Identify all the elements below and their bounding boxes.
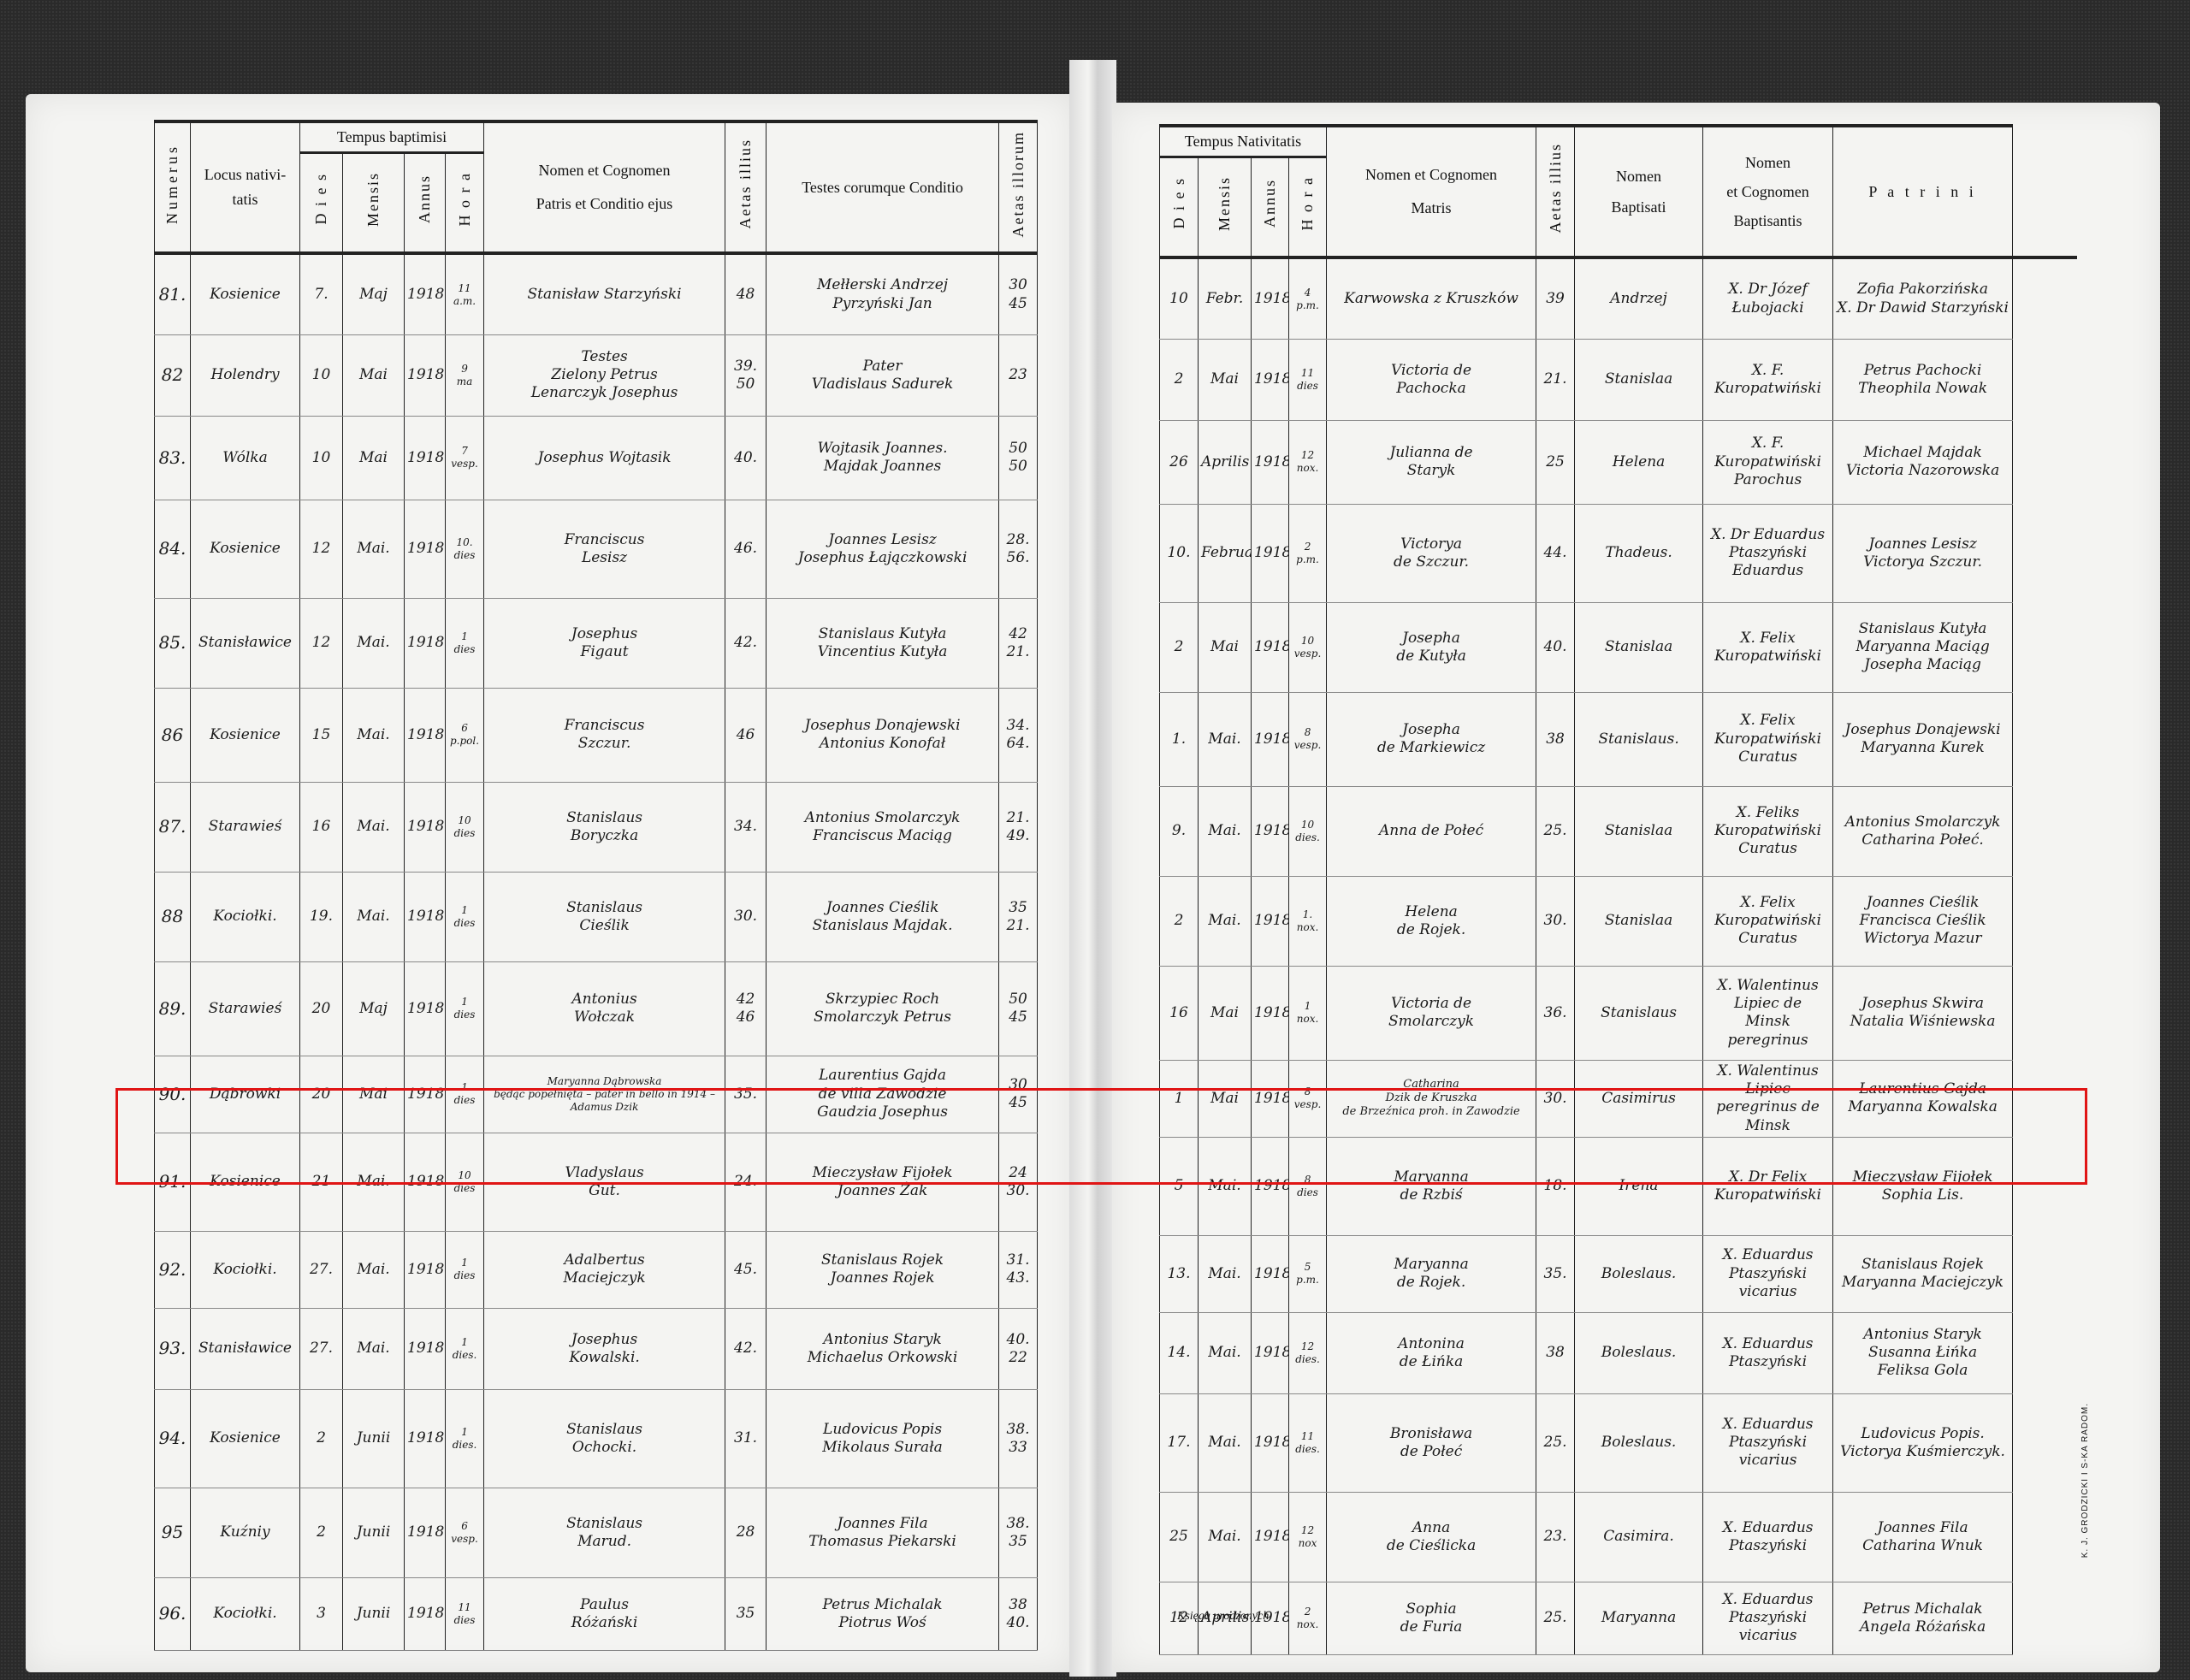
mother-age: 25. — [1536, 786, 1575, 876]
table-row: 89.Starawieś20Maj1918.1 diesAntonius Woł… — [155, 961, 1038, 1056]
baptism-month: Mai — [343, 1056, 405, 1133]
father-name: Stanislaus Cieślik — [484, 872, 725, 961]
birth-hour: 8 vesp. — [1289, 692, 1327, 786]
baptism-year: 1918 — [405, 500, 446, 598]
baptism-hour: 10 dies — [446, 1133, 484, 1231]
baptized-name: Boleslaus. — [1575, 1393, 1703, 1492]
birth-year: 1918 — [1252, 257, 1289, 339]
baptism-day: 7. — [300, 253, 343, 334]
birth-hour: 1. nox. — [1289, 876, 1327, 966]
birth-day: 10. — [1160, 504, 1199, 602]
witnesses: Joannes Lesisz Josephus Łajączkowski — [766, 500, 999, 598]
baptism-day: 3 — [300, 1577, 343, 1650]
baptism-year: 1918 — [405, 872, 446, 961]
witnesses: Stanislaus Rojek Joannes Rojek — [766, 1231, 999, 1308]
witnesses: Antonius Smolarczyk Franciscus Maciąg — [766, 782, 999, 872]
baptism-month: Junii — [343, 1488, 405, 1577]
baptism-day: 2 — [300, 1389, 343, 1488]
birth-hour: 5 p.m. — [1289, 1235, 1327, 1312]
baptizing-priest: X. F. Kuropatwiński — [1703, 339, 1833, 420]
birth-month: Mai. — [1199, 1312, 1252, 1393]
record-number: 89. — [155, 961, 191, 1056]
record-number: 87. — [155, 782, 191, 872]
margin — [2013, 786, 2077, 876]
birth-month: Mai — [1199, 966, 1252, 1060]
father-name: Stanislaus Ochocki. — [484, 1389, 725, 1488]
father-age: 35. — [725, 1056, 766, 1133]
father-age: 42. — [725, 1308, 766, 1389]
table-row: 82Holendry10Mai1918.9 maTestes Zielony P… — [155, 334, 1038, 416]
margin — [2013, 420, 2077, 504]
birthplace: Kosienice — [191, 688, 300, 782]
baptism-year: 1918 — [405, 253, 446, 334]
baptism-day: 27. — [300, 1231, 343, 1308]
witnesses-ages: 23 — [999, 334, 1038, 416]
margin — [2013, 1060, 2077, 1137]
record-number: 91. — [155, 1133, 191, 1231]
birth-month: Februarii — [1199, 504, 1252, 602]
birth-year: 1918 — [1252, 1393, 1289, 1492]
birthplace: Starawieś — [191, 961, 300, 1056]
header-annus: Annus — [1252, 157, 1289, 257]
mother-age: 25. — [1536, 1582, 1575, 1654]
father-age: 31. — [725, 1389, 766, 1488]
birth-month: Aprilis — [1199, 420, 1252, 504]
table-row: 87.Starawieś16Mai.1918.10 diesStanislaus… — [155, 782, 1038, 872]
baptism-day: 12 — [300, 598, 343, 688]
baptizing-priest: X. Felix Kuropatwiński Curatus — [1703, 876, 1833, 966]
godparents: Stanislaus Kutyła Maryanna Maciąg Joseph… — [1833, 602, 2013, 692]
father-name: Maryanna Dąbrowska będąc popełnięta – pa… — [484, 1056, 725, 1133]
witnesses: Mełłerski Andrzej Pyrzyński Jan — [766, 253, 999, 334]
baptizing-priest: X. Felix Kuropatwiński — [1703, 602, 1833, 692]
godparents: Mieczysław Fijołek Sophia Lis. — [1833, 1137, 2013, 1235]
baptism-year: 1918. — [405, 334, 446, 416]
birth-day: 9. — [1160, 786, 1199, 876]
record-number: 93. — [155, 1308, 191, 1389]
baptism-month: Mai. — [343, 1231, 405, 1308]
record-number: 96. — [155, 1577, 191, 1650]
birth-year: 1918 — [1252, 876, 1289, 966]
margin — [2013, 257, 2077, 339]
record-number: 92. — [155, 1231, 191, 1308]
header-dies: D i e s — [300, 152, 343, 253]
baptized-name: Helena — [1575, 420, 1703, 504]
witnesses-ages: 50 50 — [999, 416, 1038, 500]
baptism-day: 21 — [300, 1133, 343, 1231]
birth-day: 10 — [1160, 257, 1199, 339]
baptizing-priest: X. Walentinus Lipiec de Minsk peregrinus — [1703, 966, 1833, 1060]
birth-year: 1918 — [1252, 1492, 1289, 1582]
mother-name: Anna de Połeć — [1327, 786, 1536, 876]
baptized-name: Casimirus — [1575, 1060, 1703, 1137]
baptizing-priest: X. Felix Kuropatwiński Curatus — [1703, 692, 1833, 786]
father-age: 39. 50 — [725, 334, 766, 416]
baptized-name: Maryanna — [1575, 1582, 1703, 1654]
mother-age: 30. — [1536, 876, 1575, 966]
record-number: 95 — [155, 1488, 191, 1577]
baptism-month: Mai. — [343, 1133, 405, 1231]
baptism-register-right: Tempus Nativitatis Nomen et Cognomen Mat… — [1159, 124, 2077, 1655]
baptized-name: Stanislaa — [1575, 602, 1703, 692]
witnesses: Laurentius Gajda de villa Zawodzie Gaudz… — [766, 1056, 999, 1133]
godparents: Ludovicus Popis. Victorya Kuśmierczyk. — [1833, 1393, 2013, 1492]
printer-mark: K. J. GRODZICKI I S-KA RADOM. — [2080, 1403, 2090, 1558]
baptizing-priest: X. Eduardus Ptaszyński — [1703, 1312, 1833, 1393]
table-row: 84.Kosienice12Mai.191810. diesFranciscus… — [155, 500, 1038, 598]
father-name: Josephus Figaut — [484, 598, 725, 688]
birth-hour: 12 dies. — [1289, 1312, 1327, 1393]
godparents: Josephus Skwira Natalia Wiśniewska — [1833, 966, 2013, 1060]
record-number: 88 — [155, 872, 191, 961]
witnesses: Josephus Donajewski Antonius Konofał — [766, 688, 999, 782]
table-row: 93.Stanisławice27.Mai.19181 dies.Josephu… — [155, 1308, 1038, 1389]
baptism-hour: 11 dies — [446, 1577, 484, 1650]
baptizing-priest: X. Dr Eduardus Ptaszyński Eduardus — [1703, 504, 1833, 602]
baptism-hour: 7 vesp. — [446, 416, 484, 500]
witnesses-ages: 30 45 — [999, 1056, 1038, 1133]
father-name: Stanisław Starzyński — [484, 253, 725, 334]
baptism-hour: 6 vesp. — [446, 1488, 484, 1577]
father-name: Franciscus Lesisz — [484, 500, 725, 598]
father-name: Stanislaus Boryczka — [484, 782, 725, 872]
baptism-day: 19. — [300, 872, 343, 961]
record-number: 90. — [155, 1056, 191, 1133]
table-row: 12Aprilis19182 nox.Sophia de Furia25.Mar… — [1160, 1582, 2077, 1654]
birth-year: 1918 — [1252, 1235, 1289, 1312]
witnesses: Antonius Staryk Michaelus Orkowski — [766, 1308, 999, 1389]
mother-name: Victoria de Pachocka — [1327, 339, 1536, 420]
godparents: Zofia Pakorzińska X. Dr Dawid Starzyński — [1833, 257, 2013, 339]
witnesses-ages: 42 21. — [999, 598, 1038, 688]
father-age: 46. — [725, 500, 766, 598]
father-age: 48 — [725, 253, 766, 334]
baptism-year: 1918. — [405, 416, 446, 500]
witnesses: Stanislaus Kutyła Vincentius Kutyła — [766, 598, 999, 688]
table-row: 16Mai19181 nox.Victoria de Smolarczyk36.… — [1160, 966, 2077, 1060]
baptizing-priest: X. Eduardus Ptaszyński — [1703, 1492, 1833, 1582]
godparents: Petrus Pachocki Theophila Nowak — [1833, 339, 2013, 420]
table-row: 17.Mai.191811 dies.Bronisława de Połeć25… — [1160, 1393, 2077, 1492]
baptism-hour: 1 dies — [446, 598, 484, 688]
baptism-day: 16 — [300, 782, 343, 872]
witnesses-ages: 30 45 — [999, 253, 1038, 334]
witnesses-ages: 38. 33 — [999, 1389, 1038, 1488]
baptizing-priest: X. Feliks Kuropatwiński Curatus — [1703, 786, 1833, 876]
baptism-year: 1918 — [405, 1133, 446, 1231]
mother-age: 36. — [1536, 966, 1575, 1060]
table-row: 83.Wólka10Mai1918.7 vesp.Josephus Wojtas… — [155, 416, 1038, 500]
margin — [2013, 1393, 2077, 1492]
witnesses: Joannes Fila Thomasus Piekarski — [766, 1488, 999, 1577]
baptism-year: 1918. — [405, 961, 446, 1056]
witnesses-ages: 28. 56. — [999, 500, 1038, 598]
table-row: 1.Mai.19188 vesp.Josepha de Markiewicz38… — [1160, 692, 2077, 786]
mother-age: 44. — [1536, 504, 1575, 602]
baptism-day: 10 — [300, 334, 343, 416]
table-row: 10Febr.19184 p.m.Karwowska z Kruszków39A… — [1160, 257, 2077, 339]
mother-age: 35. — [1536, 1235, 1575, 1312]
father-age: 35 — [725, 1577, 766, 1650]
table-row: 94.Kosienice2Junii19181 dies.Stanislaus … — [155, 1389, 1038, 1488]
birth-day: 1. — [1160, 692, 1199, 786]
witnesses-ages: 34. 64. — [999, 688, 1038, 782]
table-row: 85.Stanisławice12Mai.19181 diesJosephus … — [155, 598, 1038, 688]
margin — [2013, 1582, 2077, 1654]
birth-month: Mai. — [1199, 876, 1252, 966]
baptism-year: 1918 — [405, 1577, 446, 1650]
mother-name: Maryanna de Rzbiś — [1327, 1137, 1536, 1235]
father-name: Vladyslaus Gut. — [484, 1133, 725, 1231]
baptism-month: Mai. — [343, 782, 405, 872]
birth-month: Mai. — [1199, 1235, 1252, 1312]
birth-year: 1918 — [1252, 420, 1289, 504]
baptism-hour: 11 a.m. — [446, 253, 484, 334]
birth-day: 26 — [1160, 420, 1199, 504]
baptism-year: 1918 — [405, 1488, 446, 1577]
mother-age: 30. — [1536, 1060, 1575, 1137]
birth-month: Mai. — [1199, 1393, 1252, 1492]
baptizing-priest: X. Eduardus Ptaszyński vicarius — [1703, 1393, 1833, 1492]
mother-age: 40. — [1536, 602, 1575, 692]
margin — [2013, 966, 2077, 1060]
father-age: 28 — [725, 1488, 766, 1577]
mother-name: Josepha de Kutyła — [1327, 602, 1536, 692]
table-row: 96.Kociołki.3Junii191811 diesPaulus Róża… — [155, 1577, 1038, 1650]
birthplace: Wólka — [191, 416, 300, 500]
baptism-hour: 6 p.pol. — [446, 688, 484, 782]
birth-day: 5 — [1160, 1137, 1199, 1235]
baptism-year: 1918. — [405, 1056, 446, 1133]
birthplace: Stanisławice — [191, 598, 300, 688]
baptizing-priest: X. Dr Józef Łubojacki — [1703, 257, 1833, 339]
birthplace: Kosienice — [191, 1389, 300, 1488]
birthplace: Holendry — [191, 334, 300, 416]
mother-name: Helena de Rojek. — [1327, 876, 1536, 966]
baptism-hour: 9 ma — [446, 334, 484, 416]
baptism-month: Mai. — [343, 688, 405, 782]
table-row: 26Aprilis191812 nox.Julianna de Staryk25… — [1160, 420, 2077, 504]
birth-day: 2 — [1160, 876, 1199, 966]
father-name: Antonius Wołczak — [484, 961, 725, 1056]
mother-name: Maryanna de Rojek. — [1327, 1235, 1536, 1312]
father-age: 40. — [725, 416, 766, 500]
baptizing-priest: X. Eduardus Ptaszyński vicarius — [1703, 1582, 1833, 1654]
baptized-name: Irena — [1575, 1137, 1703, 1235]
witnesses: Skrzypiec Roch Smolarczyk Petrus — [766, 961, 999, 1056]
baptism-month: Mai. — [343, 872, 405, 961]
witnesses-ages: 31. 43. — [999, 1231, 1038, 1308]
birth-month: Mai. — [1199, 786, 1252, 876]
margin — [2013, 1492, 2077, 1582]
father-name: Stanislaus Marud. — [484, 1488, 725, 1577]
table-row: 9.Mai.191810 dies.Anna de Połeć25.Stanis… — [1160, 786, 2077, 876]
witnesses: Wojtasik Joannes. Majdak Joannes — [766, 416, 999, 500]
header-mater: Nomen et Cognomen Matris — [1327, 126, 1536, 257]
witnesses-ages: 40. 22 — [999, 1308, 1038, 1389]
baptizing-priest: X. Dr Felix Kuropatwiński — [1703, 1137, 1833, 1235]
baptism-year: 1918 — [405, 1389, 446, 1488]
mother-age: 38 — [1536, 1312, 1575, 1393]
baptism-month: Junii — [343, 1389, 405, 1488]
header-margin — [2013, 126, 2077, 257]
birth-hour: 8 dies — [1289, 1137, 1327, 1235]
birth-hour: 12 nox — [1289, 1492, 1327, 1582]
birth-month: Mai. — [1199, 1492, 1252, 1582]
witnesses-ages: 24 30. — [999, 1133, 1038, 1231]
baptism-month: Junii — [343, 1577, 405, 1650]
baptism-day: 27. — [300, 1308, 343, 1389]
birth-year: 1918 — [1252, 786, 1289, 876]
godparents: Joannes Lesisz Victorya Szczur. — [1833, 504, 2013, 602]
father-age: 34. — [725, 782, 766, 872]
mother-age: 21. — [1536, 339, 1575, 420]
mother-name: Sophia de Furia — [1327, 1582, 1536, 1654]
birthplace: Stanisławice — [191, 1308, 300, 1389]
mother-name: Julianna de Staryk — [1327, 420, 1536, 504]
birth-year: 1918. — [1252, 339, 1289, 420]
witnesses: Joannes Cieślik Stanislaus Majdak. — [766, 872, 999, 961]
godparents: Antonius Smolarczyk Catharina Połeć. — [1833, 786, 2013, 876]
record-number: 94. — [155, 1389, 191, 1488]
baptized-name: Stanislaa — [1575, 876, 1703, 966]
baptized-name: Casimira. — [1575, 1492, 1703, 1582]
table-row: 88Kociołki.19.Mai.19181 diesStanislaus C… — [155, 872, 1038, 961]
margin — [2013, 602, 2077, 692]
header-tempus-nativitatis: Tempus Nativitatis — [1160, 126, 1327, 157]
birth-hour: 12 nox. — [1289, 420, 1327, 504]
birthplace: Kociołki. — [191, 1231, 300, 1308]
birth-year: 1918 — [1252, 692, 1289, 786]
table-row: 2Mai191810 vesp.Josepha de Kutyła40.Stan… — [1160, 602, 2077, 692]
mother-name: Bronisława de Połeć — [1327, 1393, 1536, 1492]
header-aetas-matris: Aetas illius — [1536, 126, 1575, 257]
birthplace: Starawieś — [191, 782, 300, 872]
birth-day: 25 — [1160, 1492, 1199, 1582]
birth-hour: 2 p.m. — [1289, 504, 1327, 602]
mother-name: Anna de Cieślicka — [1327, 1492, 1536, 1582]
birth-hour: 8 vesp. — [1289, 1060, 1327, 1137]
witnesses: Ludovicus Popis Mikolaus Surała — [766, 1389, 999, 1488]
baptizing-priest: X. F. Kuropatwiński Parochus — [1703, 420, 1833, 504]
birthplace: Kociołki. — [191, 1577, 300, 1650]
baptizing-priest: X. Walentinus Lipiec peregrinus de Minsk — [1703, 1060, 1833, 1137]
baptism-hour: 10 dies — [446, 782, 484, 872]
father-age: 46 — [725, 688, 766, 782]
godparents: Joannes Fila Catharina Wnuk — [1833, 1492, 2013, 1582]
baptism-month: Maj — [343, 253, 405, 334]
baptized-name: Thadeus. — [1575, 504, 1703, 602]
mother-name: Karwowska z Kruszków — [1327, 257, 1536, 339]
baptism-month: Maj — [343, 961, 405, 1056]
header-aetas-illius: Aetas illius — [725, 121, 766, 253]
record-number: 85. — [155, 598, 191, 688]
baptizing-priest: X. Eduardus Ptaszyński vicarius — [1703, 1235, 1833, 1312]
birth-day: 1 — [1160, 1060, 1199, 1137]
mother-name: Victoria de Smolarczyk — [1327, 966, 1536, 1060]
birth-year: 1918 — [1252, 966, 1289, 1060]
margin — [2013, 1137, 2077, 1235]
birth-hour: 10 dies. — [1289, 786, 1327, 876]
header-hora: H o r a — [446, 152, 484, 253]
mother-age: 23. — [1536, 1492, 1575, 1582]
table-row: 95Kuźniy2Junii19186 vesp.Stanislaus Maru… — [155, 1488, 1038, 1577]
witnesses-ages: 38. 35 — [999, 1488, 1038, 1577]
baptism-year: 1918 — [405, 688, 446, 782]
witnesses-ages: 35 21. — [999, 872, 1038, 961]
record-number: 83. — [155, 416, 191, 500]
baptized-name: Stanislaus. — [1575, 692, 1703, 786]
baptism-month: Mai. — [343, 500, 405, 598]
table-row: 5Mai.19188 diesMaryanna de Rzbiś18.Irena… — [1160, 1137, 2077, 1235]
header-pater: Nomen et Cognomen Patris et Conditio eju… — [484, 121, 725, 253]
birth-hour: 1 nox. — [1289, 966, 1327, 1060]
baptism-hour: 10. dies — [446, 500, 484, 598]
baptism-month: Mai. — [343, 598, 405, 688]
header-locus: Locus nativi- tatis — [191, 121, 300, 253]
father-name: Josephus Kowalski. — [484, 1308, 725, 1389]
father-name: Testes Zielony Petrus Lenarczyk Josephus — [484, 334, 725, 416]
table-row: 2Mai.19181. nox.Helena de Rojek.30.Stani… — [1160, 876, 2077, 966]
baptism-hour: 1 dies — [446, 1056, 484, 1133]
table-row: 1Mai1918.8 vesp.Catharina Dzik de Kruszk… — [1160, 1060, 2077, 1137]
baptism-month: Mai — [343, 416, 405, 500]
birthplace: Kosienice — [191, 500, 300, 598]
godparents: Josephus Donajewski Maryanna Kurek — [1833, 692, 2013, 786]
baptism-hour: 1 dies. — [446, 1308, 484, 1389]
header-patrini: P a t r i n i — [1833, 126, 2013, 257]
baptism-hour: 1 dies — [446, 1231, 484, 1308]
witnesses-ages: 21. 49. — [999, 782, 1038, 872]
birth-month: Mai. — [1199, 1137, 1252, 1235]
record-number: 81. — [155, 253, 191, 334]
godparents: Antonius Staryk Susanna Łińka Feliksa Go… — [1833, 1312, 2013, 1393]
birth-day: 14. — [1160, 1312, 1199, 1393]
godparents: Joannes Cieślik Francisca Cieślik Wictor… — [1833, 876, 2013, 966]
record-number: 84. — [155, 500, 191, 598]
birthplace: Kosienice — [191, 253, 300, 334]
table-row: 2Mai1918.11 diesVictoria de Pachocka21.S… — [1160, 339, 2077, 420]
mother-age: 25 — [1536, 420, 1575, 504]
baptism-hour: 1 dies. — [446, 1389, 484, 1488]
header-nomen-baptisati: Nomen Baptisati — [1575, 126, 1703, 257]
header-baptisans: Nomen et Cognomen Baptisantis — [1703, 126, 1833, 257]
record-number: 86 — [155, 688, 191, 782]
birth-year: 1918 — [1252, 1312, 1289, 1393]
birth-month: Mai — [1199, 602, 1252, 692]
header-hora: H o r a — [1289, 157, 1327, 257]
header-mensis: Mensis — [1199, 157, 1252, 257]
mother-name: Josepha de Markiewicz — [1327, 692, 1536, 786]
father-name: Paulus Różański — [484, 1577, 725, 1650]
baptism-day: 2 — [300, 1488, 343, 1577]
header-annus: Annus — [405, 152, 446, 253]
header-numerus: Numerus — [155, 121, 191, 253]
header-mensis: Mensis — [343, 152, 405, 253]
birth-hour: 4 p.m. — [1289, 257, 1327, 339]
margin — [2013, 876, 2077, 966]
birth-hour: 11 dies — [1289, 339, 1327, 420]
baptism-day: 15 — [300, 688, 343, 782]
margin — [2013, 1235, 2077, 1312]
witnesses-ages: 50 45 — [999, 961, 1038, 1056]
margin — [2013, 504, 2077, 602]
header-dies: D i e s — [1160, 157, 1199, 257]
father-age: 30. — [725, 872, 766, 961]
birthplace: Kociołki. — [191, 872, 300, 961]
margin — [2013, 339, 2077, 420]
father-age: 42. — [725, 598, 766, 688]
